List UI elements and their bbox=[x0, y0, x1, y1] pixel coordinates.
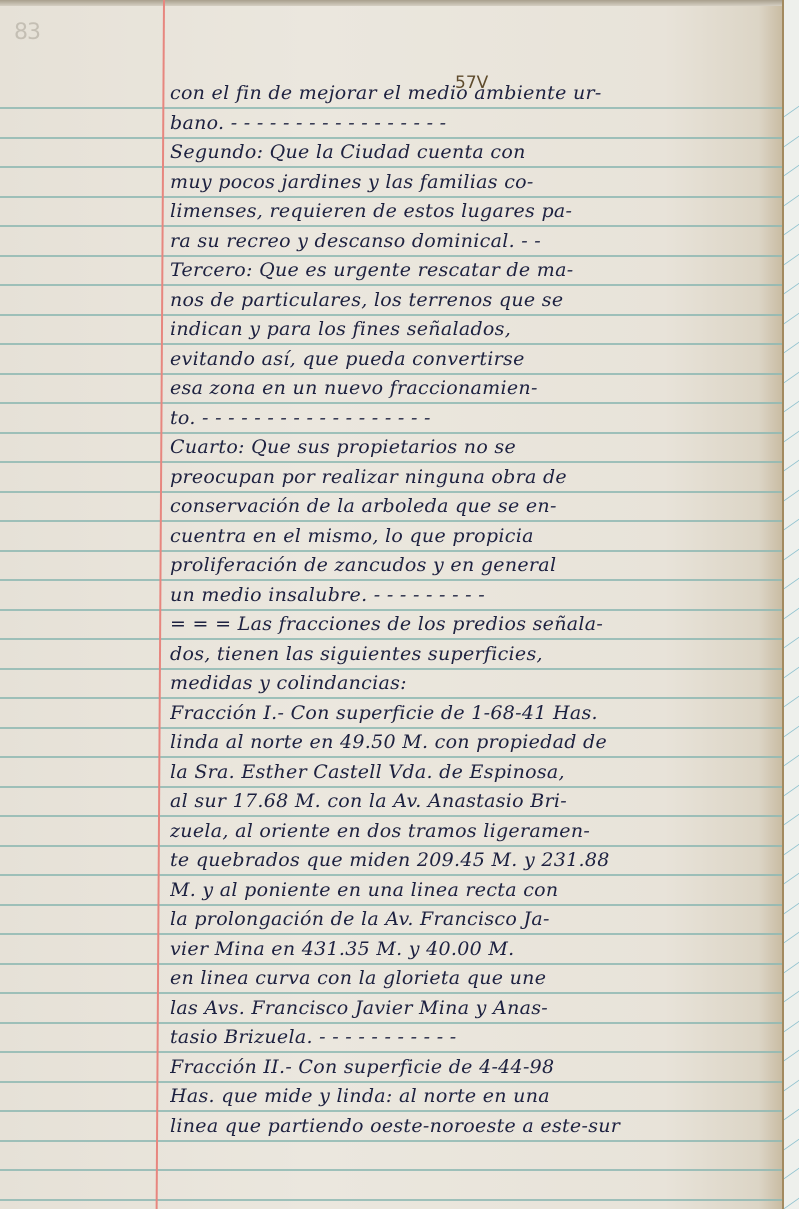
text-line: nos de particulares, los terrenos que se bbox=[170, 289, 770, 319]
text-line: Fracción I.- Con superficie de 1-68-41 H… bbox=[170, 702, 770, 732]
text-line: M. y al poniente en una linea recta con bbox=[170, 879, 770, 909]
text-line: te quebrados que miden 209.45 M. y 231.8… bbox=[170, 849, 770, 879]
text-line: = = = Las fracciones de los predios seña… bbox=[170, 613, 770, 643]
text-line: Fracción II.- Con superficie de 4-44-98 bbox=[170, 1056, 770, 1086]
text-line: limenses, requieren de estos lugares pa- bbox=[170, 200, 770, 230]
text-line: en linea curva con la glorieta que une bbox=[170, 967, 770, 997]
text-line: cuentra en el mismo, lo que propicia bbox=[170, 525, 770, 555]
text-line: linda al norte en 49.50 M. con propiedad… bbox=[170, 731, 770, 761]
text-line: Has. que mide y linda: al norte en una bbox=[170, 1085, 770, 1115]
text-line: bano. - - - - - - - - - - - - - - - - - bbox=[170, 112, 770, 142]
text-line: conservación de la arboleda que se en- bbox=[170, 495, 770, 525]
text-line: preocupan por realizar ninguna obra de bbox=[170, 466, 770, 496]
text-line: las Avs. Francisco Javier Mina y Anas- bbox=[170, 997, 770, 1027]
text-line: proliferación de zancudos y en general bbox=[170, 554, 770, 584]
text-line: un medio insalubre. - - - - - - - - - bbox=[170, 584, 770, 614]
text-line: linea que partiendo oeste-noroeste a est… bbox=[170, 1115, 770, 1145]
page-top-edge bbox=[0, 0, 799, 6]
text-line: indican y para los fines señalados, bbox=[170, 318, 770, 348]
text-line: dos, tienen las siguientes superficies, bbox=[170, 643, 770, 673]
text-line: medidas y colindancias: bbox=[170, 672, 770, 702]
text-line: zuela, al oriente en dos tramos ligerame… bbox=[170, 820, 770, 850]
text-line: Cuarto: Que sus propietarios no se bbox=[170, 436, 770, 466]
text-line: Segundo: Que la Ciudad cuenta con bbox=[170, 141, 770, 171]
text-line: la Sra. Esther Castell Vda. de Espinosa, bbox=[170, 761, 770, 791]
text-line: evitando así, que pueda convertirse bbox=[170, 348, 770, 378]
text-line: esa zona en un nuevo fraccionamien- bbox=[170, 377, 770, 407]
text-line: tasio Brizuela. - - - - - - - - - - - bbox=[170, 1026, 770, 1056]
text-line: vier Mina en 431.35 M. y 40.00 M. bbox=[170, 938, 770, 968]
text-line: ra su recreo y descanso dominical. - - bbox=[170, 230, 770, 260]
text-line: Tercero: Que es urgente rescatar de ma- bbox=[170, 259, 770, 289]
text-line: muy pocos jardines y las familias co- bbox=[170, 171, 770, 201]
ruling-line bbox=[0, 1199, 782, 1201]
text-line: la prolongación de la Av. Francisco Ja- bbox=[170, 908, 770, 938]
text-line: al sur 17.68 M. con la Av. Anastasio Bri… bbox=[170, 790, 770, 820]
ruling-line bbox=[0, 1169, 782, 1171]
text-line: to. - - - - - - - - - - - - - - - - - - bbox=[170, 407, 770, 437]
text-line: con el fin de mejorar el medio ambiente … bbox=[170, 82, 770, 112]
page-number-stamp: 83 bbox=[14, 20, 40, 45]
